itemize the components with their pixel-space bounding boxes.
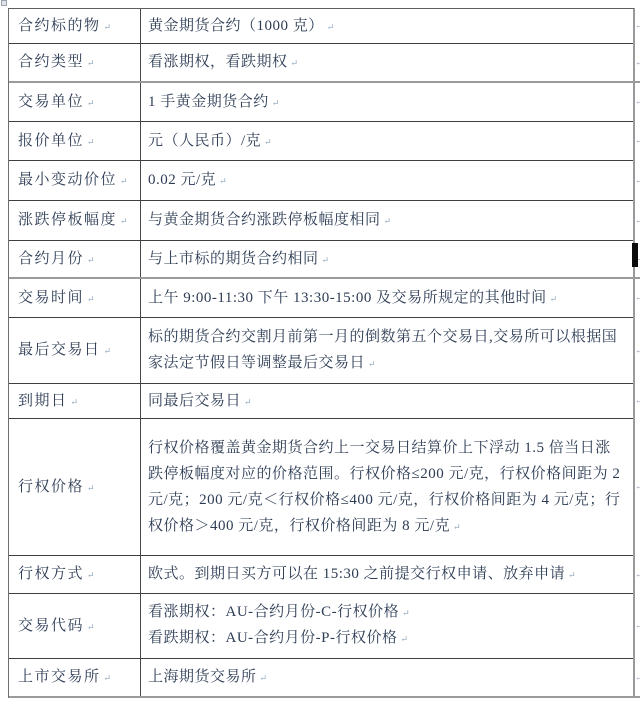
row-end-mark-icon: ↵ [635,216,640,225]
table-row-expiry-date: 到期日↵ 同最后交易日↵ ↵ [9,384,633,419]
row-end-mark-icon: ↵ [635,397,640,406]
table-move-handle-icon [1,0,7,6]
paragraph-end-icon: ↵ [322,255,330,265]
paragraph-end-icon: ↵ [87,255,95,265]
row-label-cell: 行权方式↵ [9,556,141,593]
row-value-text: 元（人民币）/克 [148,133,261,149]
paragraph-end-icon: ↵ [87,58,95,68]
table-row-price-limit: 涨跌停板幅度↵ 与黄金期货合约涨跌停板幅度相同↵ ↵ [9,201,633,241]
row-value-cell: 标的期货合约交割月前第一月的倒数第五个交易日,交易所可以根据国家法定节假日等调整… [141,318,633,383]
row-label-cell: 合约标的物↵ [9,9,141,43]
paragraph-end-icon: ↵ [87,294,95,304]
row-label-text: 行权价格 [18,479,84,495]
row-value-text: 看涨期权：AU-合约月份-C-行权价格 [148,604,399,620]
put-code-line: 看跌期权：AU-合约月份-P-行权价格↵ [148,626,410,652]
paragraph-end-icon: ↵ [550,294,558,304]
paragraph-end-icon: ↵ [87,137,95,147]
row-end-mark-icon: ↵ [635,294,640,303]
table-row-quote-unit: 报价单位↵ 元（人民币）/克↵ ↵ [9,122,633,161]
row-value-text: 行权价格覆盖黄金期货合约上一交易日结算价上下浮动 1.5 倍当日涨跌停板幅度对应… [148,440,620,534]
paragraph-end-icon: ↵ [401,634,409,644]
row-value-cell: 看涨期权：AU-合约月份-C-行权价格↵ 看跌期权：AU-合约月份-P-行权价格… [141,594,633,658]
row-label-cell: 交易时间↵ [9,279,141,317]
paragraph-end-icon: ↵ [219,176,227,186]
row-label-text: 最小变动价位 [18,172,117,188]
row-value-cell: 同最后交易日↵ [141,384,633,418]
paragraph-end-icon: ↵ [402,608,410,618]
table-row-trading-hours: 交易时间↵ 上午 9:00-11:30 下午 13:30-15:00 及交易所规… [9,279,633,318]
row-end-mark-icon: ↵ [635,137,640,146]
paragraph-end-icon: ↵ [104,22,112,32]
table-row-last-trading-day: 最后交易日↵ 标的期货合约交割月前第一月的倒数第五个交易日,交易所可以根据国家法… [9,318,633,384]
row-end-mark-icon: ↵ [635,483,640,492]
row-label-cell: 交易单位↵ [9,83,141,121]
row-value-cell: 上午 9:00-11:30 下午 13:30-15:00 及交易所规定的其他时间… [141,279,633,317]
row-end-mark-icon: ↵ [635,58,640,67]
row-value-cell: 上海期货交易所↵ [141,659,633,696]
paragraph-end-icon: ↵ [87,570,95,580]
row-value-text: 黄金期货合约（1000 克） [148,18,324,34]
paragraph-end-icon: ↵ [264,137,272,147]
row-label-text: 交易单位 [18,94,84,110]
row-value-cell: 1 手黄金期货合约↵ [141,83,633,121]
paragraph-end-icon: ↵ [260,673,268,683]
row-value-cell: 0.02 元/克↵ [141,161,633,200]
row-value-text: 上午 9:00-11:30 下午 13:30-15:00 及交易所规定的其他时间 [148,290,547,306]
row-label-text: 合约类型 [18,54,84,70]
row-label-text: 涨跌停板幅度 [18,212,117,228]
row-end-mark-icon: ↵ [635,622,640,631]
row-value-text: 同最后交易日 [148,393,241,409]
row-value-text: 上海期货交易所 [148,669,257,685]
document-page: 合约标的物↵ 黄金期货合约（1000 克）↵ ↵ 合约类型↵ 看涨期权，看跌期权… [0,0,640,701]
paragraph-end-icon: ↵ [244,397,252,407]
row-value-cell: 与黄金期货合约涨跌停板幅度相同↵ [141,201,633,240]
row-value-cell: 欧式。到期日买方可以在 15:30 之前提交行权申请、放弃申请↵ [141,556,633,593]
contract-spec-table: 合约标的物↵ 黄金期货合约（1000 克）↵ ↵ 合约类型↵ 看涨期权，看跌期权… [8,8,635,698]
row-label-cell: 交易代码↵ [9,594,141,658]
row-label-cell: 最小变动价位↵ [9,161,141,200]
row-label-cell: 涨跌停板幅度↵ [9,201,141,240]
paragraph-end-icon: ↵ [87,98,95,108]
row-label-text: 合约月份 [18,251,84,267]
table-row-exercise-style: 行权方式↵ 欧式。到期日买方可以在 15:30 之前提交行权申请、放弃申请↵ ↵ [9,556,633,594]
row-label-text: 合约标的物 [18,18,101,34]
paragraph-end-icon: ↵ [368,359,376,369]
call-code-line: 看涨期权：AU-合约月份-C-行权价格↵ [148,600,410,626]
table-row-underlying: 合约标的物↵ 黄金期货合约（1000 克）↵ ↵ [9,9,633,44]
paragraph-end-icon: ↵ [120,216,128,226]
row-value-text: 与黄金期货合约涨跌停板幅度相同 [148,212,381,228]
table-row-contract-type: 合约类型↵ 看涨期权，看跌期权↵ ↵ [9,44,633,83]
table-row-contract-months: 合约月份↵ 与上市标的期货合约相同↵ ↵ [9,241,633,279]
paragraph-end-icon: ↵ [87,622,95,632]
row-value-text: 与上市标的期货合约相同 [148,251,319,267]
row-label-text: 到期日 [18,393,68,409]
row-label-text: 交易时间 [18,290,84,306]
row-end-mark-icon: ↵ [635,673,640,682]
paragraph-end-icon: ↵ [104,673,112,683]
table-row-strike-price: 行权价格↵ 行权价格覆盖黄金期货合约上一交易日结算价上下浮动 1.5 倍当日涨跌… [9,419,633,556]
table-row-exchange: 上市交易所↵ 上海期货交易所↵ ↵ [9,659,633,698]
paragraph-end-icon: ↵ [327,22,335,32]
paragraph-end-icon: ↵ [71,397,79,407]
table-row-trading-codes: 交易代码↵ 看涨期权：AU-合约月份-C-行权价格↵ 看跌期权：AU-合约月份-… [9,594,633,659]
row-value-cell: 黄金期货合约（1000 克）↵ [141,9,633,43]
paragraph-end-icon: ↵ [87,483,95,493]
row-value-cell: 看涨期权，看跌期权↵ [141,44,633,81]
row-value-cell: 行权价格覆盖黄金期货合约上一交易日结算价上下浮动 1.5 倍当日涨跌停板幅度对应… [141,419,633,555]
row-label-cell: 行权价格↵ [9,419,141,555]
paragraph-end-icon: ↵ [384,216,392,226]
right-edge-marker [632,243,638,267]
row-value-cell: 与上市标的期货合约相同↵ [141,241,633,277]
row-label-cell: 合约月份↵ [9,241,141,277]
row-end-mark-icon: ↵ [635,22,640,31]
row-label-cell: 最后交易日↵ [9,318,141,383]
paragraph-end-icon: ↵ [453,522,461,532]
row-label-cell: 合约类型↵ [9,44,141,81]
row-value-text: 欧式。到期日买方可以在 15:30 之前提交行权申请、放弃申请 [148,566,565,582]
row-label-cell: 到期日↵ [9,384,141,418]
paragraph-end-icon: ↵ [120,176,128,186]
row-label-text: 交易代码 [18,618,84,634]
row-label-text: 报价单位 [18,133,84,149]
row-value-text: 看跌期权：AU-合约月份-P-行权价格 [148,630,398,646]
row-value-text: 标的期货合约交割月前第一月的倒数第五个交易日,交易所可以根据国家法定节假日等调整… [148,329,617,371]
table-row-trading-unit: 交易单位↵ 1 手黄金期货合约↵ ↵ [9,83,633,122]
row-label-cell: 报价单位↵ [9,122,141,160]
row-value-text: 1 手黄金期货合约 [148,94,269,110]
row-end-mark-icon: ↵ [635,346,640,355]
paragraph-end-icon: ↵ [272,98,280,108]
table-row-min-tick: 最小变动价位↵ 0.02 元/克↵ ↵ [9,161,633,201]
row-label-cell: 上市交易所↵ [9,659,141,696]
row-label-text: 行权方式 [18,566,84,582]
row-end-mark-icon: ↵ [635,570,640,579]
paragraph-end-icon: ↵ [291,58,299,68]
row-value-cell: 元（人民币）/克↵ [141,122,633,160]
paragraph-end-icon: ↵ [104,346,112,356]
row-end-mark-icon: ↵ [635,98,640,107]
row-end-mark-icon: ↵ [635,176,640,185]
row-label-text: 上市交易所 [18,669,101,685]
paragraph-end-icon: ↵ [568,570,576,580]
row-value-text: 看涨期权，看跌期权 [148,54,288,70]
row-value-text: 0.02 元/克 [148,172,216,188]
row-label-text: 最后交易日 [18,342,101,358]
